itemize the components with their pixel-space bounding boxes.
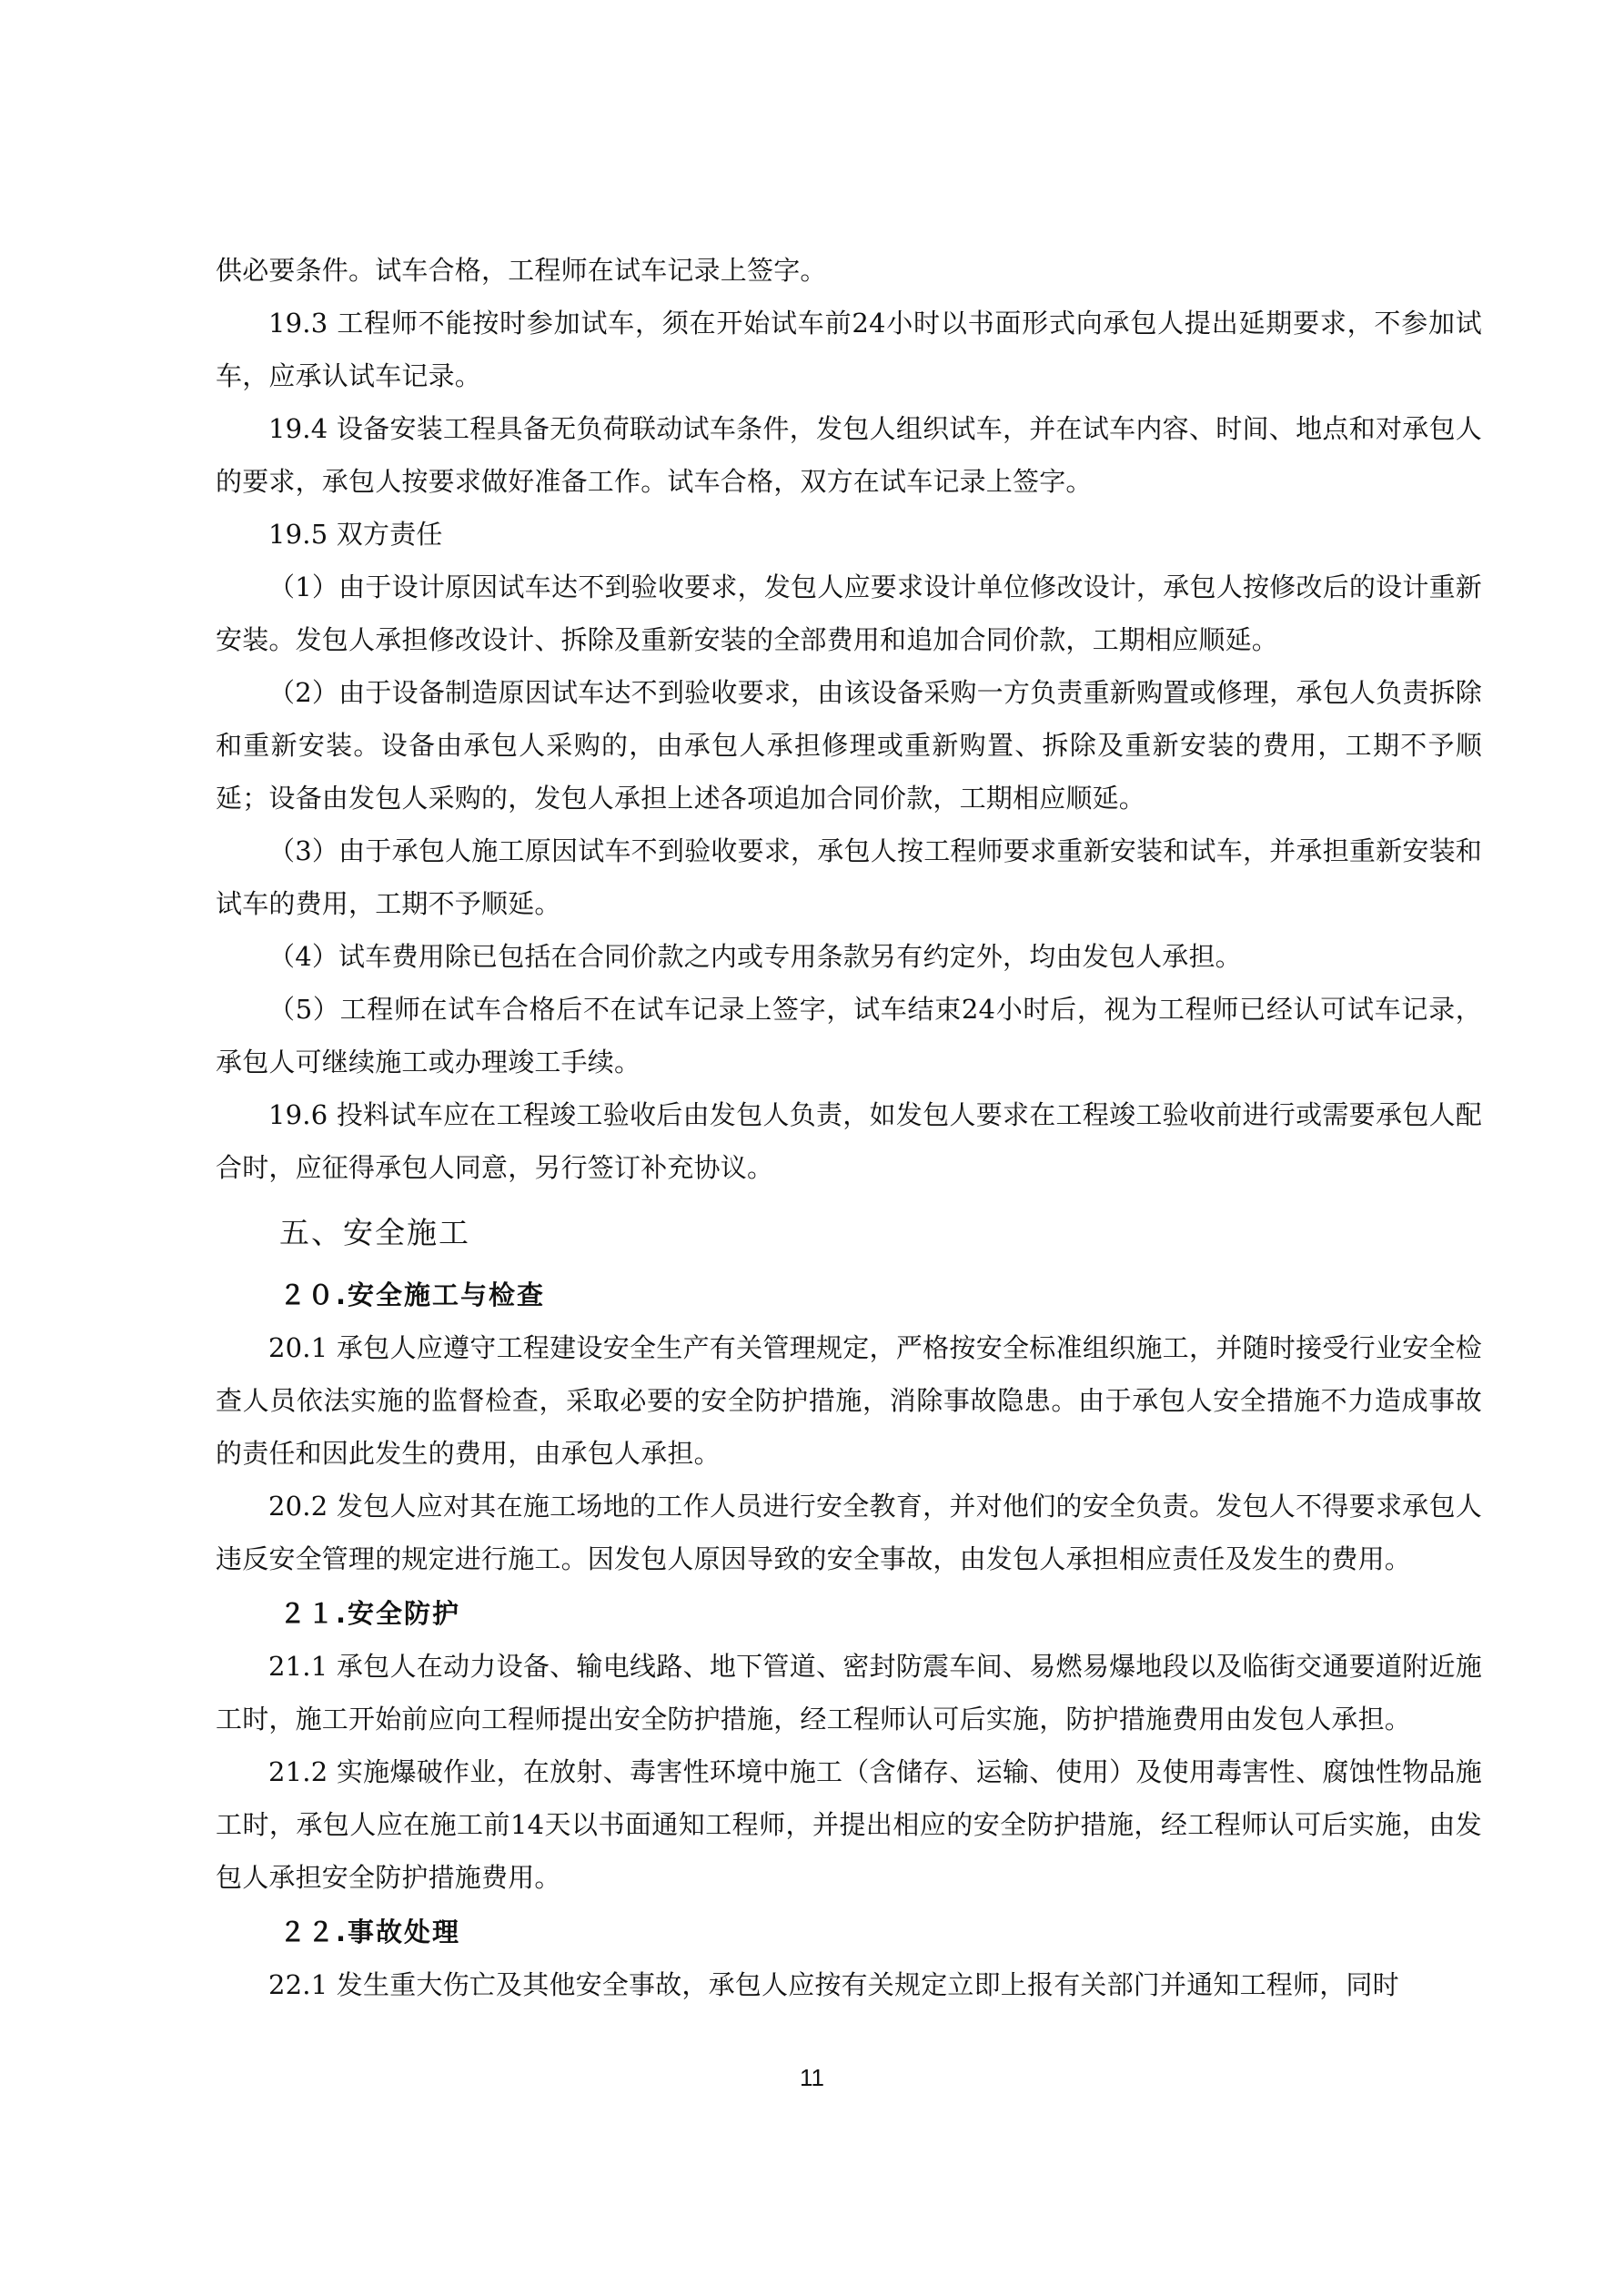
page-number: 11	[0, 2064, 1624, 2092]
paragraph-22-1: 22.1 发生重大伤亡及其他安全事故，承包人应按有关规定立即上报有关部门并通知工…	[216, 1958, 1482, 2011]
section-heading-safety: 五、安全施工	[279, 1207, 1482, 1259]
clause-heading-21: ２１.安全防护	[279, 1587, 1482, 1640]
paragraph-21-2: 21.2 实施爆破作业，在放射、毒害性环境中施工（含储存、运输、使用）及使用毒害…	[216, 1745, 1482, 1904]
paragraph-20-2: 20.2 发包人应对其在施工场地的工作人员进行安全教育，并对他们的安全负责。发包…	[216, 1480, 1482, 1585]
paragraph-19-5-item-1: （1）由于设计原因试车达不到验收要求，发包人应要求设计单位修改设计，承包人按修改…	[216, 561, 1482, 666]
paragraph-19-5-item-4: （4）试车费用除已包括在合同价款之内或专用条款另有约定外，均由发包人承担。	[216, 930, 1482, 983]
paragraph-19-5-item-3: （3）由于承包人施工原因试车不到验收要求，承包人按工程师要求重新安装和试车，并承…	[216, 824, 1482, 930]
paragraph-21-1: 21.1 承包人在动力设备、输电线路、地下管道、密封防震车间、易燃易爆地段以及临…	[216, 1640, 1482, 1745]
paragraph-20-1: 20.1 承包人应遵守工程建设安全生产有关管理规定，严格按安全标准组织施工，并随…	[216, 1321, 1482, 1480]
paragraph-continuation: 供必要条件。试车合格，工程师在试车记录上签字。	[216, 244, 1482, 297]
paragraph-19-5-item-2: （2）由于设备制造原因试车达不到验收要求，由该设备采购一方负责重新购置或修理，承…	[216, 666, 1482, 824]
paragraph-19-5-title: 19.5 双方责任	[216, 508, 1482, 561]
paragraph-19-5-item-5: （5）工程师在试车合格后不在试车记录上签字，试车结束24小时后，视为工程师已经认…	[216, 983, 1482, 1088]
paragraph-19-4: 19.4 设备安装工程具备无负荷联动试车条件，发包人组织试车，并在试车内容、时间…	[216, 402, 1482, 508]
paragraph-19-6: 19.6 投料试车应在工程竣工验收后由发包人负责，如发包人要求在工程竣工验收前进…	[216, 1088, 1482, 1194]
clause-heading-22: ２２.事故处理	[279, 1906, 1482, 1958]
document-page: 供必要条件。试车合格，工程师在试车记录上签字。 19.3 工程师不能按时参加试车…	[216, 244, 1482, 2011]
clause-heading-20: ２０.安全施工与检查	[279, 1269, 1482, 1321]
paragraph-19-3: 19.3 工程师不能按时参加试车，须在开始试车前24小时以书面形式向承包人提出延…	[216, 297, 1482, 402]
